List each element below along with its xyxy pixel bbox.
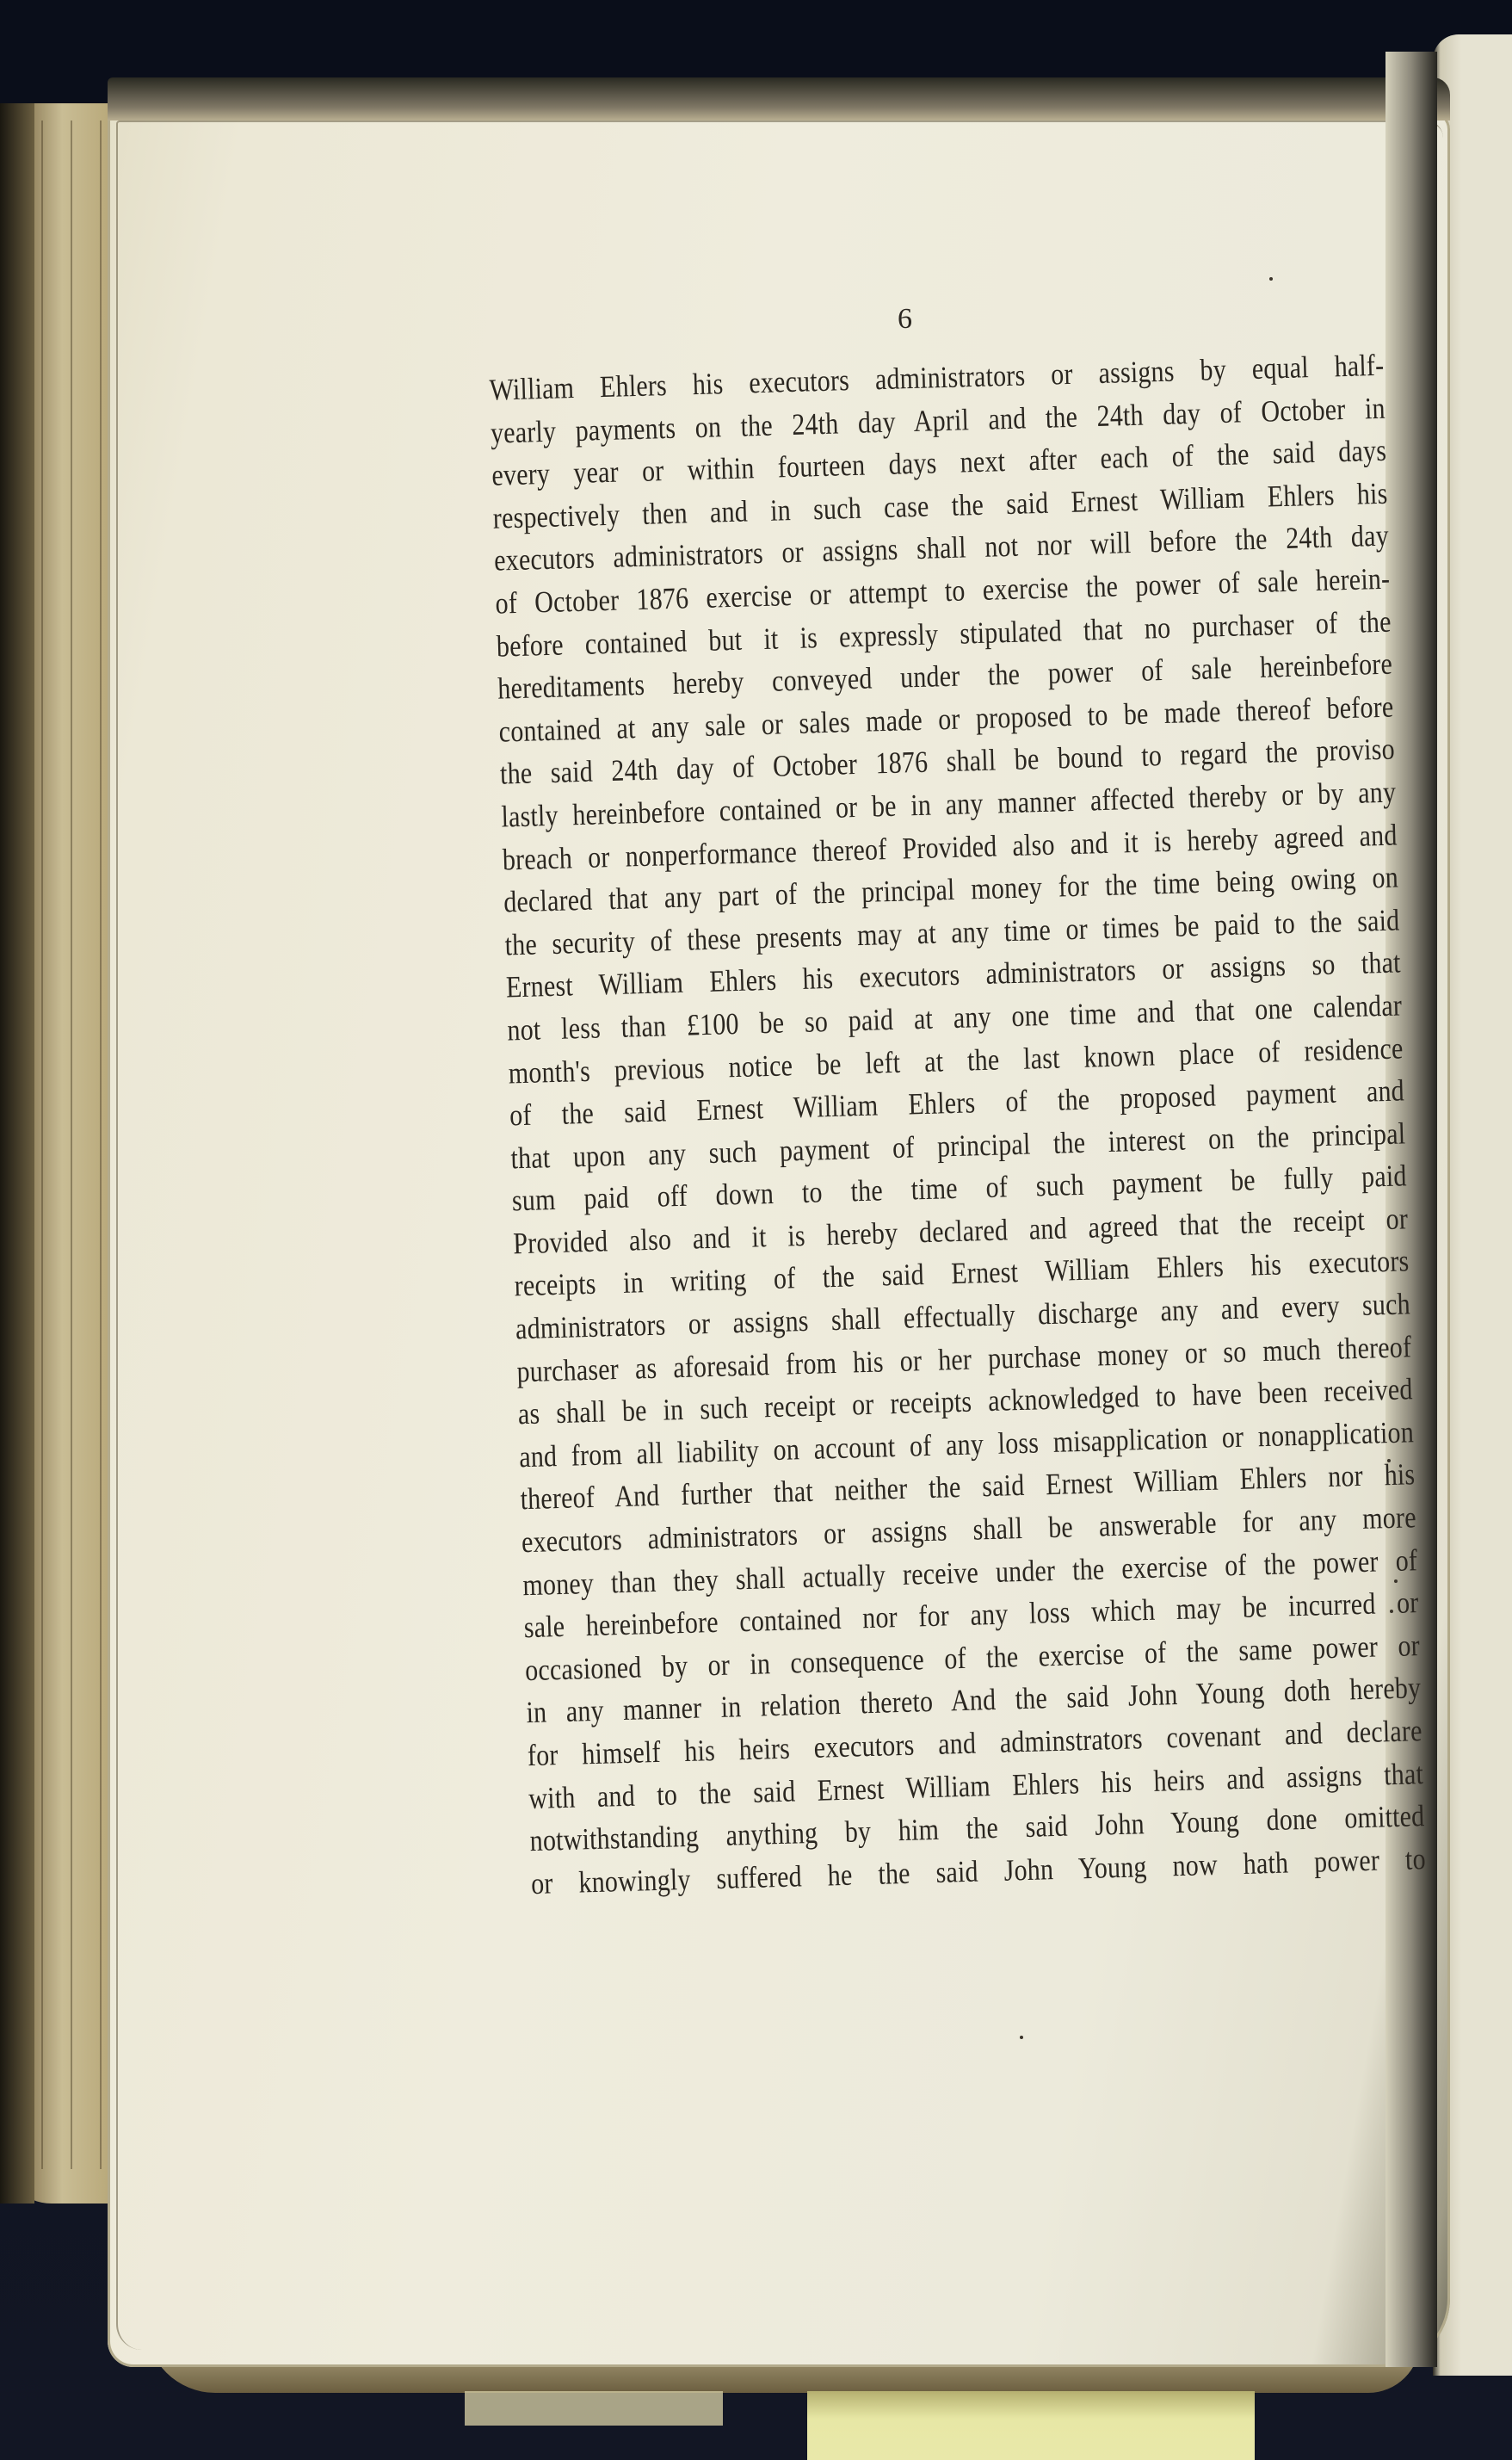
paper-speck (1394, 1579, 1398, 1583)
page-top-shadow (108, 77, 1450, 121)
paper-speck (1390, 1610, 1393, 1613)
paper-speck (1020, 2036, 1023, 2039)
paper-speck (1387, 1459, 1391, 1462)
page-number: 6 (898, 303, 912, 336)
scanned-book-scene: 6 William Ehlers his executors administr… (0, 0, 1512, 2460)
paper-speck (1269, 277, 1273, 281)
document-body: William Ehlers his executors administrat… (489, 345, 1426, 1907)
tab-slip (465, 2391, 723, 2426)
sticky-note (807, 2391, 1255, 2460)
